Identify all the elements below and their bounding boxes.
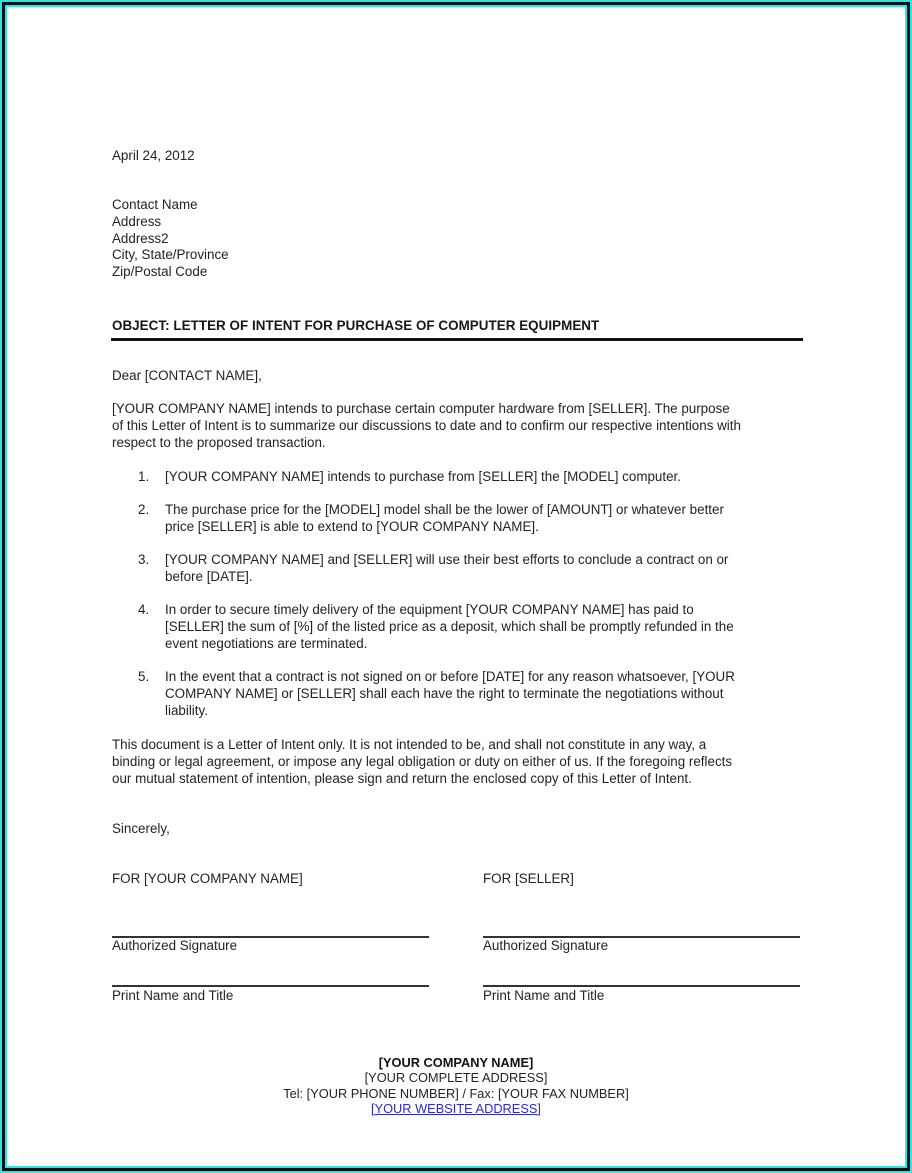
paragraph-line: This document is a Letter of Intent only…	[112, 737, 812, 754]
subject-heading: OBJECT: LETTER OF INTENT FOR PURCHASE OF…	[112, 318, 599, 333]
print-name-label-left: Print Name and Title	[112, 988, 233, 1005]
signatory-left-label: FOR [YOUR COMPANY NAME]	[112, 871, 303, 888]
address-line: Contact Name	[112, 197, 229, 214]
paragraph-line: respect to the proposed transaction.	[112, 435, 812, 452]
list-line: event negotiations are terminated.	[165, 636, 734, 653]
list-number: 3.	[138, 552, 149, 569]
footer-company-name: [YOUR COMPANY NAME]	[7, 1055, 905, 1070]
closing: Sincerely,	[112, 821, 170, 838]
list-line: [YOUR COMPANY NAME] and [SELLER] will us…	[165, 552, 728, 569]
letter-date: April 24, 2012	[112, 148, 195, 165]
list-line: COMPANY NAME] or [SELLER] shall each hav…	[165, 686, 735, 703]
paragraph-line: of this Letter of Intent is to summarize…	[112, 418, 812, 435]
authorized-signature-label-right: Authorized Signature	[483, 938, 608, 955]
list-line: [SELLER] the sum of [%] of the listed pr…	[165, 619, 734, 636]
paragraph-line: our mutual statement of intention, pleas…	[112, 771, 812, 788]
name-line-right	[483, 985, 800, 987]
address-line: Zip/Postal Code	[112, 264, 229, 281]
footer-contact: Tel: [YOUR PHONE NUMBER] / Fax: [YOUR FA…	[7, 1086, 905, 1101]
paragraph-line: [YOUR COMPANY NAME] intends to purchase …	[112, 401, 812, 418]
signatory-right-label: FOR [SELLER]	[483, 871, 574, 888]
letter-page: April 24, 2012 Contact Name Address Addr…	[7, 7, 905, 1166]
recipient-address: Contact Name Address Address2 City, Stat…	[112, 197, 229, 281]
list-line: [YOUR COMPANY NAME] intends to purchase …	[165, 469, 681, 486]
letter-footer: [YOUR COMPANY NAME] [YOUR COMPLETE ADDRE…	[7, 1055, 905, 1116]
list-line: The purchase price for the [MODEL] model…	[165, 502, 724, 519]
list-line: In order to secure timely delivery of th…	[165, 602, 734, 619]
list-line: before [DATE].	[165, 569, 728, 586]
address-line: City, State/Province	[112, 247, 229, 264]
print-name-label-right: Print Name and Title	[483, 988, 604, 1005]
paragraph-line: binding or legal agreement, or impose an…	[112, 754, 812, 771]
address-line: Address2	[112, 231, 229, 248]
greeting: Dear [CONTACT NAME],	[112, 368, 262, 385]
list-number: 2.	[138, 502, 149, 519]
list-number: 5.	[138, 669, 149, 686]
address-line: Address	[112, 214, 229, 231]
list-number: 1.	[138, 469, 149, 486]
list-line: price [SELLER] is able to extend to [YOU…	[165, 519, 724, 536]
intro-paragraph: [YOUR COMPANY NAME] intends to purchase …	[112, 401, 812, 451]
authorized-signature-label-left: Authorized Signature	[112, 938, 237, 955]
disclaimer-paragraph: This document is a Letter of Intent only…	[112, 737, 812, 787]
list-line: In the event that a contract is not sign…	[165, 669, 735, 686]
list-number: 4.	[138, 602, 149, 619]
footer-address: [YOUR COMPLETE ADDRESS]	[7, 1070, 905, 1085]
subject-divider	[111, 338, 803, 341]
list-line: liability.	[165, 703, 735, 720]
footer-website-link[interactable]: [YOUR WEBSITE ADDRESS]	[371, 1101, 541, 1116]
name-line-left	[112, 985, 429, 987]
